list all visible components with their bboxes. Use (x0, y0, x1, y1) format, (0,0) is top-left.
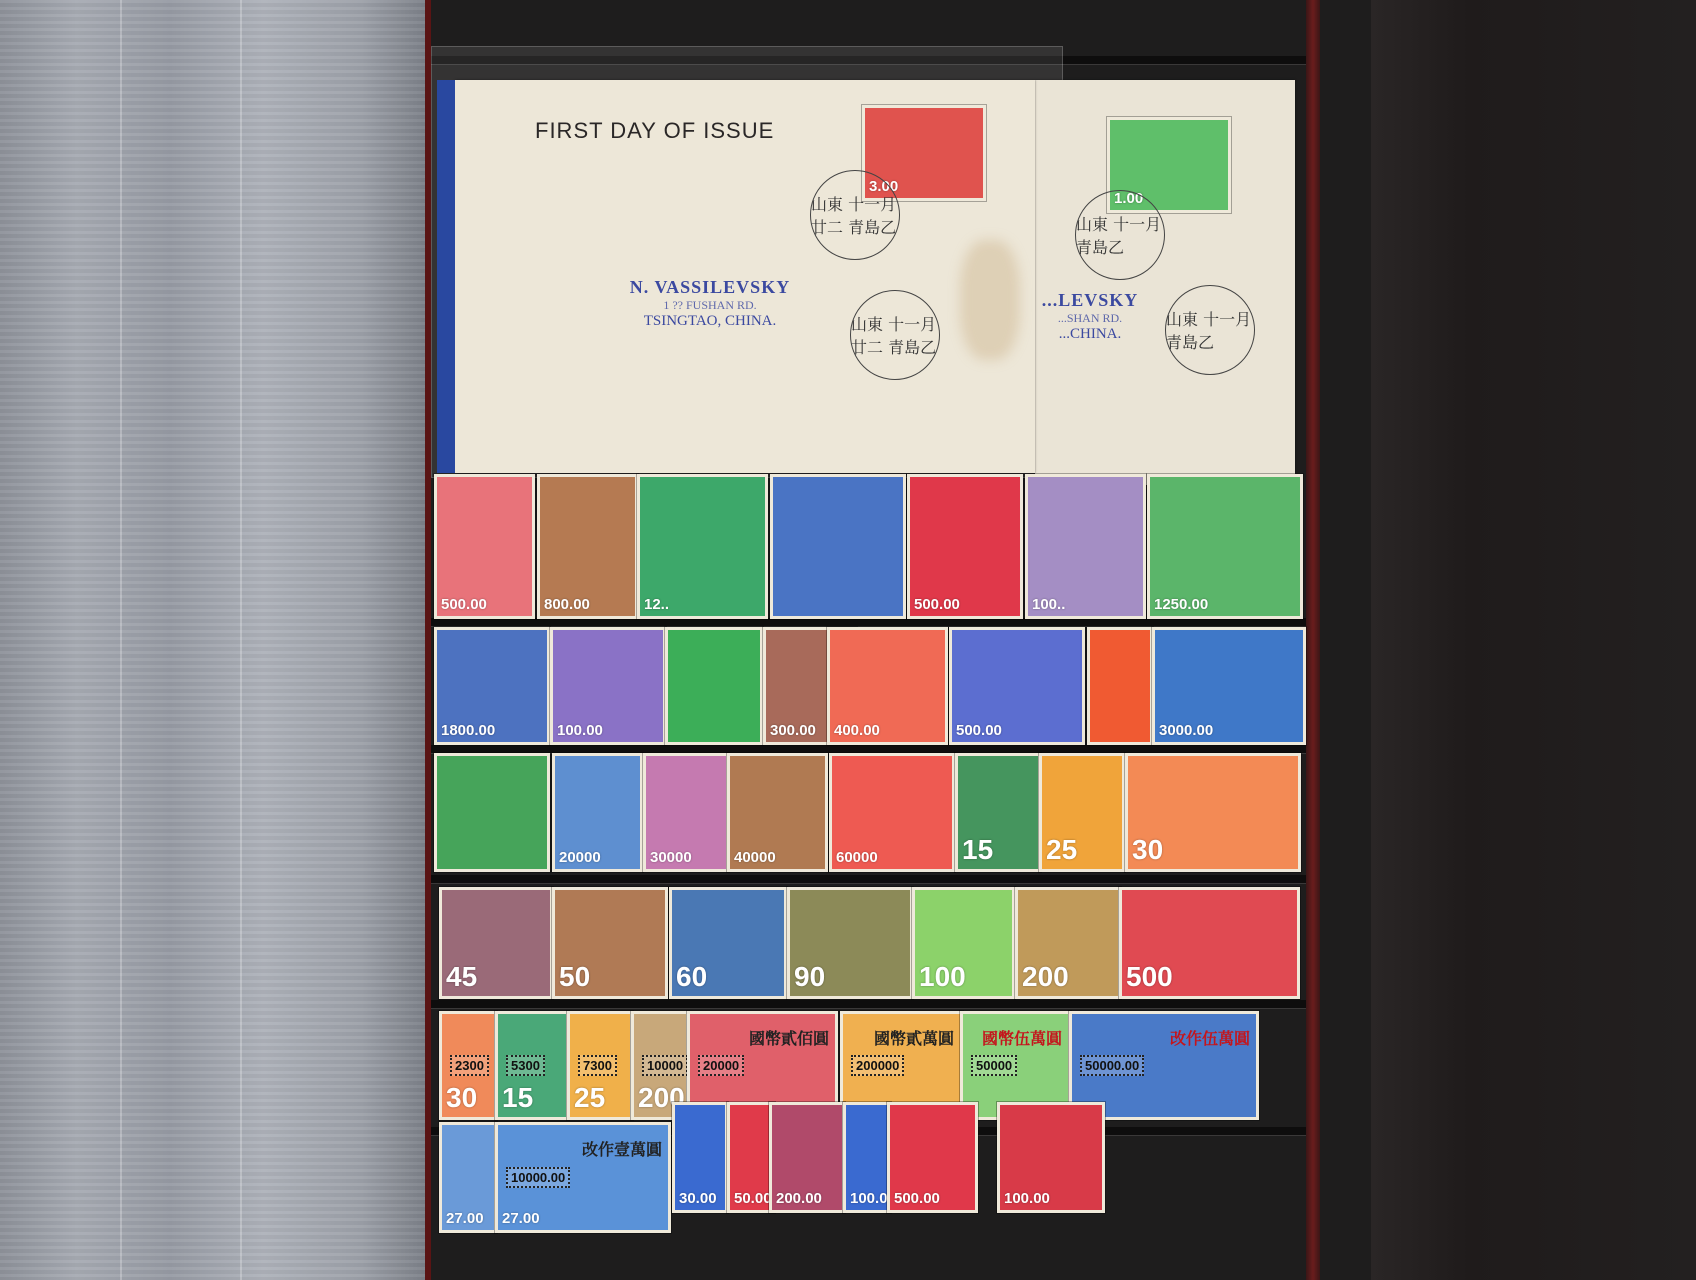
stamp: 30.00 (675, 1105, 725, 1210)
denomination: 15 (502, 1082, 533, 1114)
stamp: 100.. (1028, 477, 1143, 616)
stamp: 國幣貳萬圓200000 (843, 1014, 960, 1117)
denomination: 500.00 (956, 722, 1002, 739)
stamp (437, 756, 547, 869)
denomination: 30 (1132, 834, 1163, 866)
stamp: 60000 (832, 756, 952, 869)
stamp: 500.00 (890, 1105, 975, 1210)
stamp: 50 (555, 890, 665, 996)
stamp: 27.00 (442, 1125, 494, 1230)
denomination: 25 (574, 1082, 605, 1114)
stamp: 800.00 (540, 477, 635, 616)
stamp: 100.00 (1000, 1105, 1102, 1210)
denomination: 400.00 (834, 722, 880, 739)
surcharge-value: 7300 (578, 1055, 617, 1076)
cover-heading: FIRST DAY OF ISSUE (535, 118, 774, 144)
water-stain (960, 240, 1020, 360)
stamp: 30 (1128, 756, 1298, 869)
stamp: 1800.00 (437, 630, 547, 742)
denomination: 300.00 (770, 722, 816, 739)
denomination: 45 (446, 961, 477, 993)
stamp: 12.. (640, 477, 765, 616)
surcharge-value: 200000 (851, 1055, 904, 1076)
sheet-fold (240, 0, 242, 1280)
stamp: 100 (915, 890, 1012, 996)
cover-address: N. VASSILEVSKY 1 ?? FUSHAN RD. TSINGTAO,… (615, 277, 805, 330)
overprint: 國幣伍萬圓 (982, 1026, 1062, 1049)
album-edge (1306, 0, 1320, 1280)
sheet-fold (120, 0, 122, 1280)
stamp: 500.00 (910, 477, 1020, 616)
stamp: 20000 (555, 756, 640, 869)
surcharge-value: 5300 (506, 1055, 545, 1076)
postmark: 山東 十一月 青島乙 (1165, 285, 1255, 375)
denomination: 500.00 (441, 596, 487, 613)
postmark: 山東 十一月 青島乙 (1075, 190, 1165, 280)
album-cover-background (1371, 0, 1696, 1280)
denomination: 100.. (1032, 596, 1065, 613)
denomination: 30 (446, 1082, 477, 1114)
overprint: 國幣貳萬圓 (874, 1026, 954, 1049)
stamp: 改作伍萬圓50000.00 (1072, 1014, 1256, 1117)
denomination: 30000 (650, 849, 692, 866)
stock-strip (431, 618, 1306, 627)
stamp: 500.00 (437, 477, 532, 616)
denomination: 100.00 (1004, 1190, 1050, 1207)
stamp: 國幣伍萬圓50000 (963, 1014, 1068, 1117)
cover-border (437, 80, 455, 473)
denomination: 1250.00 (1154, 596, 1208, 613)
stamp: 230030 (442, 1014, 494, 1117)
denomination: 20000 (559, 849, 601, 866)
denomination: 15 (962, 834, 993, 866)
stamp: 500 (1122, 890, 1297, 996)
denomination: 500.00 (894, 1190, 940, 1207)
stamp (668, 630, 760, 742)
stamp: 國幣貳佰圓20000 (690, 1014, 835, 1117)
denomination: 90 (794, 961, 825, 993)
stamp (773, 477, 903, 616)
stock-strip (431, 745, 1306, 754)
stamp: 200.00 (772, 1105, 842, 1210)
surcharge-value: 2300 (450, 1055, 489, 1076)
denomination: 40000 (734, 849, 776, 866)
denomination: 3000.00 (1159, 722, 1213, 739)
interleaving-sheet (0, 0, 425, 1280)
stamp: 90 (790, 890, 910, 996)
denomination: 27.00 (502, 1210, 540, 1227)
denomination: 60 (676, 961, 707, 993)
stamp: 100.00 (553, 630, 663, 742)
denomination: 25 (1046, 834, 1077, 866)
denomination: 50 (559, 961, 590, 993)
stamp: 60 (672, 890, 784, 996)
first-day-cover-2: 1.00 山東 十一月 青島乙 山東 十一月 青島乙 ...LEVSKY ...… (1035, 80, 1295, 485)
surcharge-value: 20000 (698, 1055, 744, 1076)
denomination: 1800.00 (441, 722, 495, 739)
surcharge-value: 50000.00 (1080, 1055, 1144, 1076)
denomination: 100.00 (850, 1190, 896, 1207)
denomination: 50.00 (734, 1190, 772, 1207)
postmark: 山東 十一月 廿二 青島乙 (850, 290, 940, 380)
surcharge-value: 10000 (642, 1055, 688, 1076)
postmark: 山東 十一月 廿二 青島乙 (810, 170, 900, 260)
denomination: 200 (1022, 961, 1069, 993)
denomination: 30.00 (679, 1190, 717, 1207)
denomination: 100 (919, 961, 966, 993)
stamp: 30000 (646, 756, 726, 869)
first-day-cover-1: FIRST DAY OF ISSUE 3.00 山東 十一月 廿二 青島乙 山東… (455, 80, 1035, 473)
surcharge-value: 10000.00 (506, 1167, 570, 1188)
denomination: 500.00 (914, 596, 960, 613)
stamp: 730025 (570, 1014, 630, 1117)
denomination: 27.00 (446, 1210, 484, 1227)
stamp: 45 (442, 890, 550, 996)
stamp: 10000200 (634, 1014, 686, 1117)
stamp: 500.00 (952, 630, 1082, 742)
stamp (1090, 630, 1150, 742)
overprint: 國幣貳佰圓 (749, 1026, 829, 1049)
stamp: 50.00 (730, 1105, 772, 1210)
overprint: 改作伍萬圓 (1170, 1026, 1250, 1049)
surcharge-value: 50000 (971, 1055, 1017, 1076)
stamp: 400.00 (830, 630, 945, 742)
cover-address: ...LEVSKY ...SHAN RD. ...CHINA. (1035, 290, 1145, 343)
stock-strip (431, 875, 1306, 884)
denomination: 100.00 (557, 722, 603, 739)
denomination: 500 (1126, 961, 1173, 993)
stamp: 530015 (498, 1014, 566, 1117)
stamp: 25 (1042, 756, 1122, 869)
denomination: 800.00 (544, 596, 590, 613)
stamp: 15 (958, 756, 1038, 869)
denomination: 200.00 (776, 1190, 822, 1207)
stamp: 100.00 (846, 1105, 888, 1210)
denomination: 12.. (644, 596, 669, 613)
stamp: 200 (1018, 890, 1118, 996)
denomination: 60000 (836, 849, 878, 866)
stamp: 1250.00 (1150, 477, 1300, 616)
overprint: 改作壹萬圓 (582, 1137, 662, 1160)
stamp: 40000 (730, 756, 825, 869)
stamp: 3000.00 (1155, 630, 1303, 742)
stock-strip (431, 1000, 1306, 1009)
stamp: 改作壹萬圓10000.0027.00 (498, 1125, 668, 1230)
